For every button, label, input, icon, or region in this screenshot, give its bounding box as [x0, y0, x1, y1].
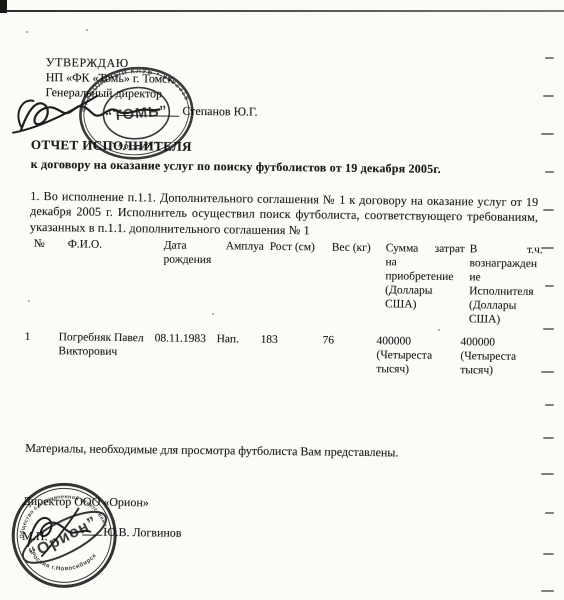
col-header-birthdate: Дата рождения	[163, 239, 226, 324]
closing-signature-line	[82, 535, 102, 536]
scan-edge-dash	[543, 209, 554, 211]
cell-fee: 400000 (Четыреста тысяч)	[460, 335, 539, 378]
scan-edge-dash	[543, 328, 554, 330]
table-row: 1 Погребняк Павел Викторович 08.11.1983 …	[24, 330, 540, 378]
col-header-weight: Вес (кг)	[331, 241, 386, 326]
players-table: № Ф.И.О. Дата рождения Амплуа Рост (см) …	[32, 237, 550, 378]
cell-position: Нап.	[216, 332, 261, 375]
document-content: УТВЕРЖДАЮ НП «ФК «Томь» г. Томск Генерал…	[0, 0, 564, 600]
scan-edge-dash	[545, 404, 554, 406]
scan-edge-dash	[545, 285, 554, 287]
scan-edge-dash	[543, 553, 554, 555]
scan-edge-dash	[541, 473, 554, 475]
col-header-number: №	[33, 237, 68, 321]
col-header-cost: Сумма затрат на приобретение (Доллары СШ…	[385, 241, 470, 326]
cell-name: Погребняк Павел Викторович	[58, 330, 155, 373]
scan-edge-dash	[545, 171, 554, 173]
document-subtitle: к договору на оказание услуг по поиску ф…	[31, 157, 441, 176]
closing-signatory-name: Ю.В. Логвинов	[103, 525, 181, 540]
materials-note: Материалы, необходимые для просмотра фут…	[25, 441, 398, 460]
approval-org-line: НП «ФК «Томь» г. Томск	[46, 70, 174, 86]
approval-label: УТВЕРЖДАЮ	[46, 55, 129, 70]
col-header-position: Амплуа	[225, 239, 270, 324]
svg-text:Россия г.Новосибирск: Россия г.Новосибирск	[29, 543, 100, 577]
body-paragraph: 1. Во исполнение п.1.1. Дополнительного …	[30, 189, 539, 241]
scan-edge-dash	[543, 437, 554, 439]
approval-role-line: Генеральный директор	[46, 85, 163, 100]
scan-edge-dash	[541, 590, 554, 592]
scan-edge-dash	[543, 95, 554, 97]
scan-edge-dash	[541, 371, 554, 373]
approval-signatory-name: Степанов Ю.Г.	[182, 104, 257, 119]
document-title: ОТЧЕТ ИСПОЛНИТЕЛЯ	[31, 138, 192, 154]
scan-edge-dash	[545, 512, 554, 514]
scan-edge-dash	[541, 133, 554, 135]
col-header-name: Ф.И.О.	[67, 237, 164, 322]
table-header-row: № Ф.И.О. Дата рождения Амплуа Рост (см) …	[33, 237, 550, 327]
cell-cost: 400000 (Четыреста тысяч)	[376, 334, 461, 377]
scan-edge-dash	[545, 57, 554, 59]
approval-signature-line	[117, 115, 179, 117]
stamp-place-label: М.П.	[22, 529, 48, 543]
col-header-fee: В т.ч. вознаграждение Исполнителя (Долла…	[469, 242, 548, 327]
orion-stamp-ring-bottom-text: Россия г.Новосибирск	[29, 543, 100, 577]
tom-stamp-center-text: “ТОМЬ”	[104, 103, 168, 125]
cell-birthdate: 08.11.1983	[154, 331, 217, 374]
cell-height: 183	[260, 333, 323, 376]
closing-role-line: Директор ООО «Орион»	[23, 494, 149, 510]
col-header-height: Рост (см)	[269, 240, 332, 325]
scan-edge-dash	[541, 247, 554, 249]
scanned-document-page: УТВЕРЖДАЮ НП «ФК «Томь» г. Томск Генерал…	[0, 0, 564, 600]
cell-weight: 76	[322, 333, 377, 376]
cell-number: 1	[24, 330, 59, 372]
